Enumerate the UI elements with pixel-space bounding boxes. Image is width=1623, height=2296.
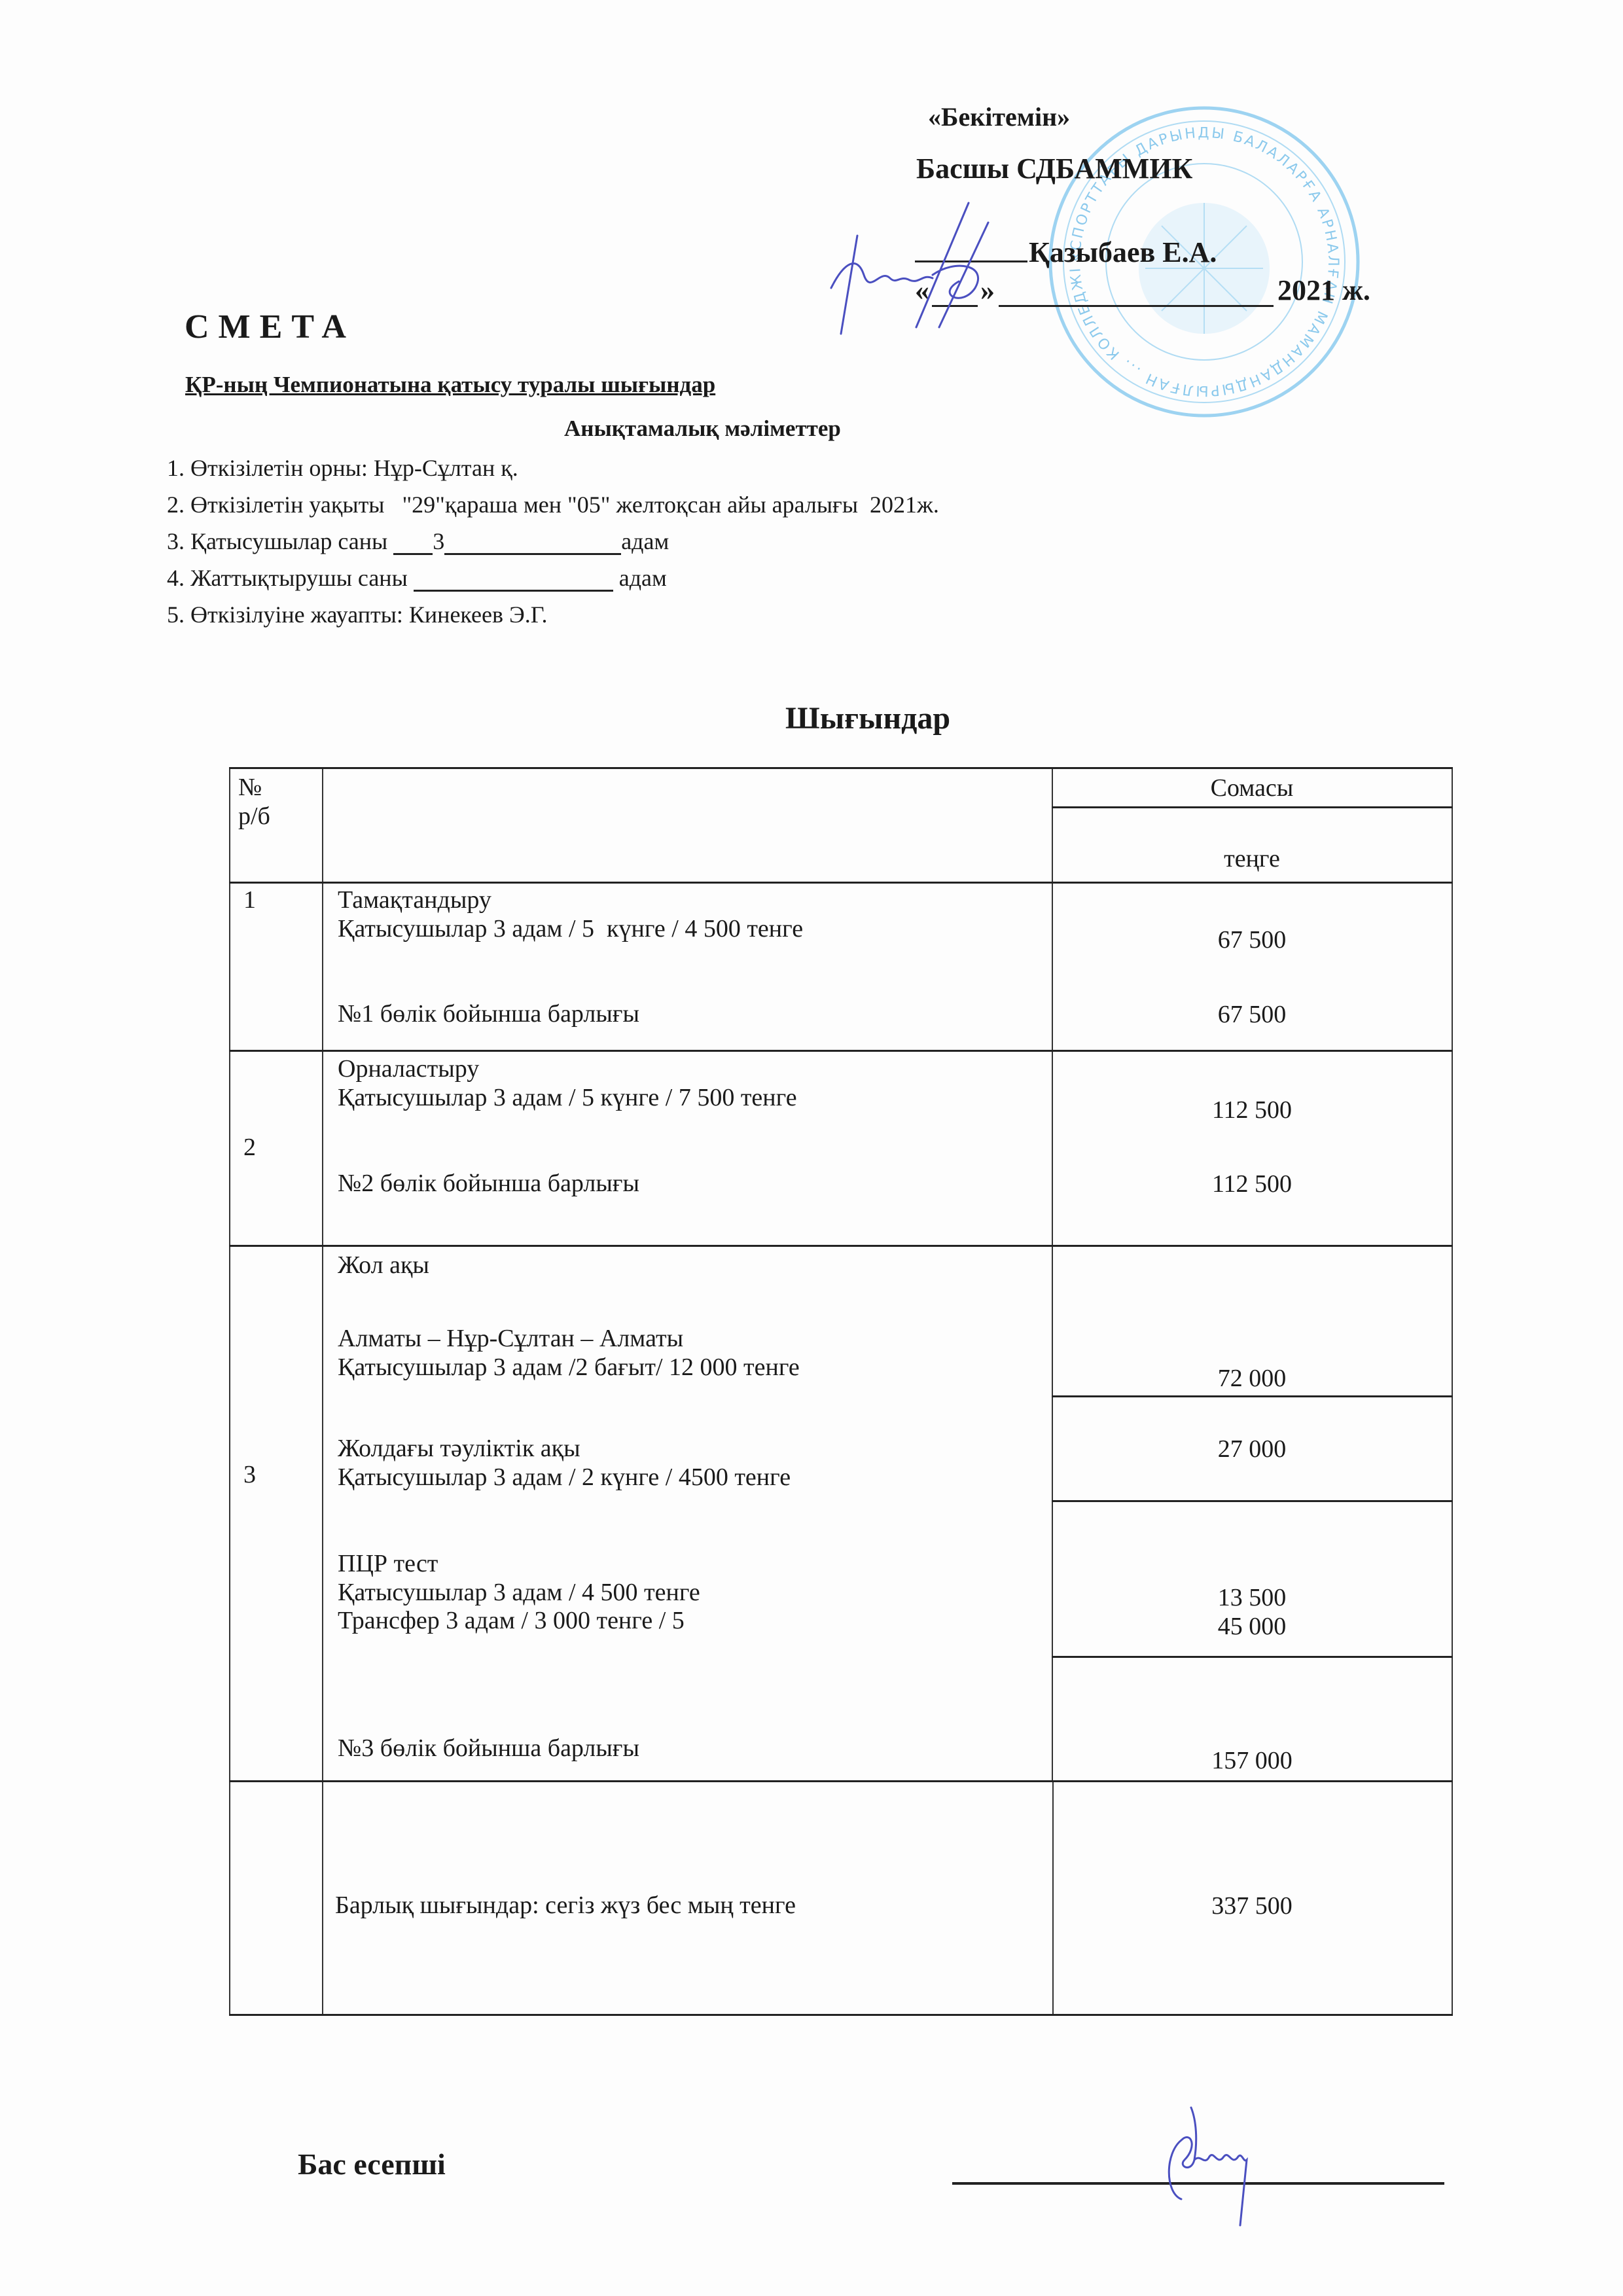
date-month-blank	[999, 281, 1274, 307]
section-2-subtotal-label: №2 бөлік бойынша барлығы	[338, 1170, 639, 1198]
grand-total-amount: 337 500	[1088, 1892, 1416, 1920]
section-3-amount-pcr-transfer: 13 500 45 000	[1088, 1584, 1416, 1641]
section-2-number: 2	[243, 1134, 256, 1162]
chief-accountant-label: Бас есепші	[298, 2147, 446, 2181]
participants-unit: адам	[621, 528, 669, 554]
accountant-signature-icon	[1113, 2101, 1283, 2232]
coaches-unit: адам	[613, 565, 667, 591]
header-currency: теңге	[1088, 844, 1416, 873]
info-dates: 2. Өткізілетін уақыты "29"қараша мен "05…	[167, 491, 939, 518]
info-venue: 1. Өткізілетін орны: Нұр-Сұлтан қ.	[167, 454, 518, 482]
section-3-amount-per-diem: 27 000	[1088, 1435, 1416, 1463]
expenses-heading: Шығындар	[785, 700, 950, 736]
coaches-label: 4. Жаттықтырушы саны	[167, 565, 414, 591]
info-responsible: 5. Өткізілуіне жауапты: Кинекеев Э.Г.	[167, 601, 547, 628]
section-2-amount: 112 500	[1088, 1096, 1416, 1124]
section-2-item: Орналастыру Қатысушылар 3 адам / 5 күнге…	[338, 1055, 797, 1112]
coaches-blank	[414, 569, 613, 592]
expense-table: № р/б Сомасы теңге 1 Тамақтандыру Қатысу…	[229, 767, 1453, 2016]
section-3-subtotal: 157 000	[1088, 1746, 1416, 1775]
section-3-item-travel: Алматы – Нұр-Сұлтан – Алматы Қатысушылар…	[338, 1325, 800, 1382]
section-3-subtotal-label: №3 бөлік бойынша барлығы	[338, 1734, 639, 1763]
document-subtitle: ҚР-ның Чемпионатына қатысу туралы шығынд…	[185, 372, 715, 398]
info-heading: Анықтамалық мәліметтер	[564, 416, 841, 442]
section-3-item-per-diem: Жолдағы тәуліктік ақы Қатысушылар 3 адам…	[338, 1435, 791, 1492]
participants-blank-left	[393, 532, 433, 555]
header-amount: Сомасы	[1088, 774, 1416, 802]
section-1-item: Тамақтандыру Қатысушылар 3 адам / 5 күнг…	[338, 886, 803, 943]
section-2-subtotal: 112 500	[1088, 1170, 1416, 1198]
section-1-amount: 67 500	[1088, 925, 1416, 954]
participants-blank-right	[444, 532, 621, 555]
grand-total-label: Барлық шығындар: сегіз жүз бес мың тенге	[335, 1892, 796, 1920]
section-3-amount-travel: 72 000	[1088, 1364, 1416, 1393]
date-year: 2021 ж.	[1277, 274, 1370, 306]
info-participants: 3. Қатысушылар саны 3адам	[167, 528, 669, 555]
section-3-item-pcr-transfer: ПЦР тест Қатысушылар 3 адам / 4 500 тенг…	[338, 1550, 700, 1636]
participants-value: 3	[433, 528, 444, 554]
section-3-title: Жол ақы	[338, 1251, 429, 1280]
participants-label: 3. Қатысушылар саны	[167, 528, 393, 554]
header-number: № р/б	[238, 774, 270, 831]
approval-name: Қазыбаев Е.А.	[1029, 236, 1217, 269]
director-signature-icon	[818, 196, 1014, 340]
approval-title: «Бекітемін»	[928, 101, 1070, 132]
section-1-subtotal-label: №1 бөлік бойынша барлығы	[338, 1000, 639, 1029]
section-1-subtotal: 67 500	[1088, 1000, 1416, 1029]
section-1-number: 1	[243, 886, 256, 915]
document-title: СМЕТА	[185, 308, 355, 346]
info-coaches: 4. Жаттықтырушы саны адам	[167, 564, 667, 592]
section-3-number: 3	[243, 1461, 256, 1490]
approval-position: Басшы СДБАММИК	[916, 152, 1192, 185]
